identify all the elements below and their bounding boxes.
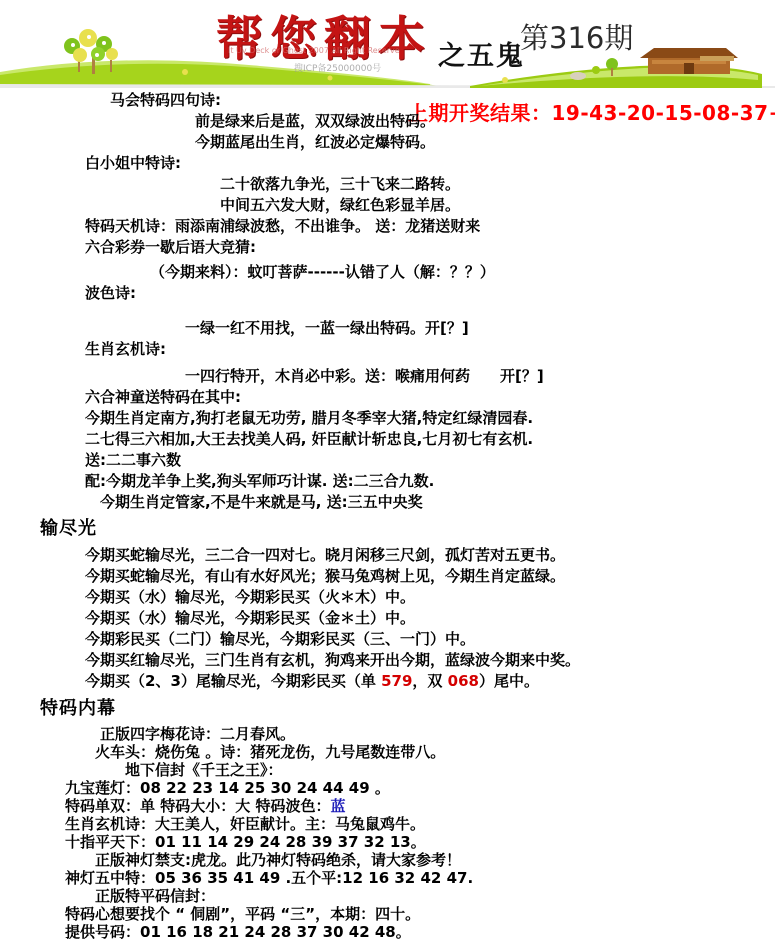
shendeng-wuzhong-line: 神灯五中特：05 36 35 41 49 .五个平:12 16 32 42 47… [0, 869, 775, 887]
section-heading-shujinguang: 输尽光 [0, 517, 775, 541]
shentong-line: 配:今期龙羊争上奖,狗头军师巧计谋. 送:二三合九数. [0, 471, 775, 492]
teping-xinfeng-line: 正版特平码信封： [0, 887, 775, 905]
tail-text: ）尾中。 [479, 672, 539, 690]
shentong-line: 今期生肖定南方,狗打老鼠无功劳, 腊月冬季宰大猪,特定红绿清园春. [0, 408, 775, 429]
shizhi-line: 十指平天下：01 11 14 29 24 28 39 37 32 13。 [0, 833, 775, 851]
shengxiao-line: 一四行特开，木肖必中彩。送：喉痛用何药 开[？] [0, 366, 775, 387]
shujinguang-line: 今期买蛇输尽光，有山有水好风光；猴马兔鸡树上见，今期生肖定蓝绿。 [0, 566, 775, 587]
sheet-subtitle: 之五鬼 [438, 34, 525, 73]
tianji-line: 特码天机诗：雨添南浦绿波愁，不出谁争。 送：龙猪送财来 [0, 216, 775, 237]
poem-line: 二十欲落九争光，三十飞来二路转。 [0, 174, 775, 195]
tigong-line: 提供号码：01 16 18 21 24 28 37 30 42 48。 [0, 923, 775, 941]
danshuang-line: 特码单双：单 特码大小：大 特码波色：蓝 [0, 797, 775, 815]
shujinguang-tail-line: 今期买（2、3）尾输尽光，今期彩民买（单 579，双 068）尾中。 [0, 671, 775, 692]
poem-line: 前是绿来后是蓝，双双绿波出特码。 [0, 111, 775, 132]
danshuang-text: 特码单双：单 特码大小：大 特码波色： [65, 797, 330, 815]
mahui-title: 马会特码四句诗: [0, 90, 775, 111]
shentong-line: 送:二二事六数 [0, 450, 775, 471]
poem-line: 中间五六发大财，绿红色彩显羊居。 [0, 195, 775, 216]
shujinguang-line: 今期买蛇输尽光，三二合一四对七。晓月闲移三尺剑，孤灯苦对五更书。 [0, 545, 775, 566]
xiehouyu-line: （今期来料）：蚊叮菩萨------认错了人（解：？？） [0, 262, 775, 283]
watermark-line1: It Uv Deck or Ghost 2007 All Right Reser… [228, 46, 400, 55]
huochetou-line: 火车头：烧伤兔 。诗：猪死龙伤，九号尾数连带八。 [0, 743, 775, 761]
header-banner: 帮您翻本 之五鬼 第316期 It Uv Deck or Ghost 2007 … [0, 0, 775, 88]
shentong-title: 六合神童送特码在其中: [0, 387, 775, 408]
shengxiao-title: 生肖玄机诗: [0, 339, 775, 360]
tip-sheet-page: 帮您翻本 之五鬼 第316期 It Uv Deck or Ghost 2007 … [0, 0, 775, 942]
sheet-title: 帮您翻本 [216, 2, 432, 69]
shengxiao-xuanji-line: 生肖玄机诗：大王美人，奸臣献计。主：马兔鼠鸡牛。 [0, 815, 775, 833]
shujinguang-line: 今期买红输尽光，三门生肖有玄机，狗鸡来开出今期，蓝绿波今期来中奖。 [0, 650, 775, 671]
even-tail-numbers: 068 [448, 672, 479, 690]
xiehouyu-title: 六合彩券一歇后语大竞猜: [0, 237, 775, 258]
poem-line: 今期蓝尾出生肖，红波必定爆特码。 [0, 132, 775, 153]
baixiaojie-title: 白小姐中特诗: [0, 153, 775, 174]
sheet-body: 马会特码四句诗: 前是绿来后是蓝，双双绿波出特码。 今期蓝尾出生肖，红波必定爆特… [0, 88, 775, 941]
issue-number: 第316期 [520, 16, 633, 57]
bose-value: 蓝 [330, 797, 345, 815]
tail-text: 今期买（2、3）尾输尽光，今期彩民买（单 [85, 672, 381, 690]
dixia-xinfeng-line: 地下信封《千王之王》： [0, 761, 775, 779]
shendeng-jin-line: 正版神灯禁支:虎龙。此乃神灯特码绝杀，请大家参考！ [0, 851, 775, 869]
shujinguang-line: 今期买（水）输尽光，今期彩民买（金＊土）中。 [0, 608, 775, 629]
meihua-line: 正版四字梅花诗：二月春风。 [0, 725, 775, 743]
odd-tail-numbers: 579 [381, 672, 412, 690]
section-heading-neimu: 特码内幕 [0, 697, 775, 721]
tail-text: ，双 [412, 672, 447, 690]
bose-line: 一绿一红不用找，一蓝一绿出特码。开[？] [0, 318, 775, 339]
watermark-line2: 搜ICP备25000000号 [294, 61, 381, 74]
shujinguang-line: 今期彩民买（二门）输尽光，今期彩民买（三、一门）中。 [0, 629, 775, 650]
jiubaoliandeng-line: 九宝莲灯：08 22 23 14 25 30 24 44 49 。 [0, 779, 775, 797]
shentong-line: 二七得三六相加,大王去找美人码, 奸臣献计斩忠良,七月初七有玄机. [0, 429, 775, 450]
shentong-line: 今期生肖定管家,不是牛来就是马, 送:三五中央奖 [0, 492, 775, 513]
xinxiang-line: 特码心想要找个 “ 侗剧”，平码 “三”，本期：四十。 [0, 905, 775, 923]
shujinguang-line: 今期买（水）输尽光，今期彩民买（火＊木）中。 [0, 587, 775, 608]
bose-title: 波色诗: [0, 283, 775, 304]
